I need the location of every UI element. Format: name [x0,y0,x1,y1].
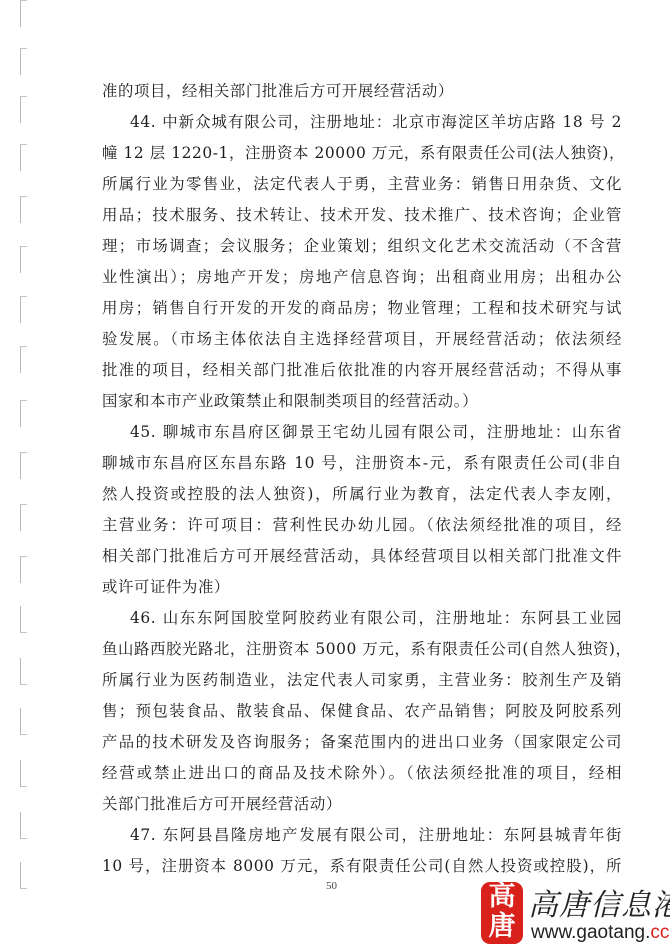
seal-logo-icon: 高 唐 [481,882,523,944]
text-line: 聊城市东昌府区东昌东路 10 号，注册资本-元，系有限责任公司(非自 [102,448,622,479]
site-watermark: 高 唐 高唐信息港 www.gaotang.cc [481,880,670,946]
brand-name: 高唐信息港 [528,880,670,924]
text-line: 理；市场调查；会议服务；企业策划；组织文化艺术交流活动（不含营 [102,231,622,262]
binding-marks [20,0,34,948]
brand-url: www.gaotang.cc [531,922,669,944]
binding-mark [20,400,27,427]
text-line: 47. 东阿县昌隆房地产发展有限公司，注册地址：东阿县城青年街 [102,820,622,851]
binding-mark [20,0,27,27]
text-line: 售；预包装食品、散装食品、保健食品、农产品销售；阿胶及阿胶系列 [102,696,622,727]
binding-mark [20,760,27,787]
text-line: 45. 聊城市东昌府区御景王宅幼儿园有限公司，注册地址：山东省 [102,417,622,448]
text-line: 准的项目，经相关部门批准后方可开展经营活动） [102,76,622,107]
seal-char: 高 [481,882,523,912]
text-line: 关部门批准后方可开展经营活动） [102,789,622,820]
text-line: 用品；技术服务、技术转让、技术开发、技术推广、技术咨询；企业管 [102,200,622,231]
text-line: 10 号，注册资本 8000 万元，系有限责任公司(自然人投资或控股)，所 [102,851,622,882]
text-line: 鱼山路西胶光路北，注册资本 5000 万元，系有限责任公司(自然人独资)， [102,634,622,665]
binding-mark [20,452,27,479]
binding-mark [20,658,27,685]
binding-mark [20,606,27,633]
text-line: 国家和本市产业政策禁止和限制类项目的经营活动。） [102,386,622,417]
text-line: 44. 中新众城有限公司，注册地址：北京市海淀区羊坊店路 18 号 2 [102,107,622,138]
binding-mark [20,556,27,583]
text-line: 所属行业为零售业，法定代表人于勇，主营业务：销售日用杂货、文化 [102,169,622,200]
document-body: 准的项目，经相关部门批准后方可开展经营活动）44. 中新众城有限公司，注册地址：… [102,76,622,882]
seal-char: 唐 [481,912,523,942]
brand-url-tld: cc [650,922,669,943]
page-number: 50 [326,880,337,892]
text-line: 验发展。（市场主体依法自主选择经营项目，开展经营活动；依法须经 [102,324,622,355]
text-line: 然人投资或控股的法人独资)，所属行业为教育，法定代表人李友刚， [102,479,622,510]
text-line: 46. 山东东阿国胶堂阿胶药业有限公司，注册地址：东阿县工业园 [102,603,622,634]
text-line: 产品的技术研发及咨询服务；备案范围内的进出口业务（国家限定公司 [102,727,622,758]
binding-mark [20,708,27,735]
binding-mark [20,144,27,171]
binding-mark [20,504,27,531]
text-line: 相关部门批准后方可开展经营活动，具体经营项目以相关部门批准文件 [102,541,622,572]
binding-mark [20,296,27,323]
binding-mark [20,246,27,273]
binding-mark [20,346,27,373]
binding-mark [20,862,27,889]
brand-url-main: www.gaotang. [531,922,650,943]
text-line: 业性演出）；房地产开发；房地产信息咨询；出租商业用房；出租办公 [102,262,622,293]
binding-mark [20,48,27,75]
text-line: 幢 12 层 1220-1，注册资本 20000 万元，系有限责任公司(法人独资… [102,138,622,169]
text-line: 用房；销售自行开发的开发的商品房；物业管理；工程和技术研究与试 [102,293,622,324]
text-line: 经营或禁止进出口的商品及技术除外）。（依法须经批准的项目，经相 [102,758,622,789]
text-line: 所属行业为医药制造业，法定代表人司家勇，主营业务：胶剂生产及销 [102,665,622,696]
text-line: 或许可证件为准） [102,572,622,603]
text-line: 主营业务：许可项目：营利性民办幼儿园。（依法须经批准的项目，经 [102,510,622,541]
binding-mark [20,96,27,123]
text-line: 批准的项目，经相关部门批准后依批准的内容开展经营活动；不得从事 [102,355,622,386]
binding-mark [20,812,27,839]
binding-mark [20,196,27,223]
